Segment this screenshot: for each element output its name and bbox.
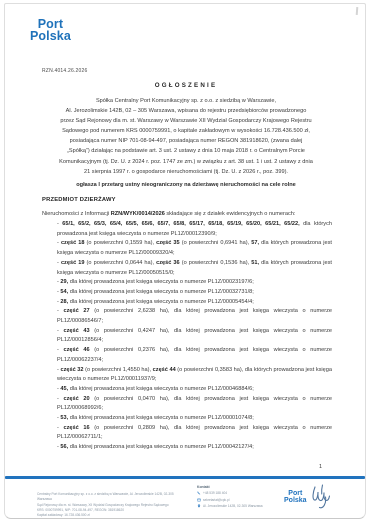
company-info-line: Centralny Port Komunikacyjny sp. z o.o. … [37, 492, 187, 503]
list-intro-suffix: składające się z działek ewidencyjnych o… [165, 211, 296, 217]
parcel-item: - 45, dla której prowadzona jest księga … [57, 385, 332, 395]
scan-artifact [356, 7, 359, 15]
paragraph-line: Sądowego pod numerem KRS 0000759991, o k… [37, 126, 335, 136]
contact-phone-row: +48 539 188 404 [197, 491, 287, 495]
document-page: Port Polska RZN.4014.26.2026 OGŁOSZENIE … [0, 0, 370, 523]
footer-contact: Kontakt +48 539 188 404 sekretariat@cpk.… [197, 485, 287, 508]
paragraph-line: przez Sąd Rejonowy dla m. st. Warszawy w… [37, 116, 335, 126]
paragraph-line: Komunikacyjnym (tj. Dz. U. z 2024 r. poz… [37, 157, 335, 167]
footer-company-info: Centralny Port Komunikacyjny sp. z o.o. … [37, 492, 187, 518]
paragraph-line: Spółka Centralny Port Komunikacyjny sp. … [37, 96, 335, 106]
parcel-item: - 56, dla której prowadzona jest księga … [57, 443, 332, 453]
footer-divider [5, 476, 365, 479]
paragraph-line: Al. Jerozolimskie 142B, 02 – 305 Warszaw… [37, 106, 335, 116]
parcel-item: - część 32 (o powierzchni 1,4550 ha), cz… [57, 366, 332, 385]
parcel-item: - część 27 (o powierzchni 2,6238 ha), dl… [57, 307, 332, 326]
contact-address: Al. Jerozolimskie 142B, 02-305 Warszawa [203, 504, 263, 508]
location-pin-icon [197, 504, 201, 508]
contact-email: sekretariat@cpk.pl [203, 498, 229, 502]
parcel-item: - 65/1, 65/2, 65/3, 65/4, 65/5, 65/6, 65… [57, 220, 332, 239]
port-polska-logo: Port Polska [30, 19, 71, 42]
paragraph-line: posiadająca numer NIP 701-08-94-497, pos… [37, 136, 335, 146]
auction-announcement-line: ogłasza I przetarg ustny nieograniczony … [37, 182, 335, 188]
paragraph-line: 21 sierpnia 1997 r. o gospodarce nieruch… [37, 167, 335, 177]
parcel-item: - część 20 (o powierzchni 0,0470 ha), dl… [57, 395, 332, 414]
footer-port-polska-logo: Port Polska [284, 491, 307, 504]
footer-logo-line-2: Polska [284, 498, 307, 505]
contact-email-row: sekretariat@cpk.pl [197, 498, 287, 502]
company-info-line: Kapitał zakładowy: 16.728.436.500 zł [37, 513, 187, 518]
envelope-icon [197, 498, 201, 502]
parcel-item: - 53, dla której prowadzona jest księga … [57, 414, 332, 424]
parcel-list-intro: Nieruchomości z Informacji RZN/WYK/0014/… [42, 211, 334, 217]
list-intro-ref: RZN/WYK/0014/2026 [111, 211, 165, 217]
parcel-item: - 29, dla której prowadzona jest księga … [57, 278, 332, 288]
parcel-item: - 28, dla której prowadzona jest księga … [57, 298, 332, 308]
handwritten-signature [308, 483, 338, 515]
paragraph-line: „Spółką”) działając na podstawie art. 3 … [37, 146, 335, 156]
parcel-item: - część 18 (o powierzchni 0,1559 ha), cz… [57, 239, 332, 258]
parcel-item: - część 46 (o powierzchni 0,2376 ha), dl… [57, 346, 332, 365]
contact-address-row: Al. Jerozolimskie 142B, 02-305 Warszawa [197, 504, 287, 508]
phone-icon [197, 491, 201, 495]
page-number: 1 [319, 464, 322, 470]
parcel-list: - 65/1, 65/2, 65/3, 65/4, 65/5, 65/6, 65… [57, 220, 332, 453]
document-title: OGŁOSZENIE [38, 82, 334, 89]
intro-paragraph: Spółka Centralny Port Komunikacyjny sp. … [37, 96, 335, 177]
parcel-item: - część 43 (o powierzchni 0,4247 ha), dl… [57, 327, 332, 346]
list-intro-prefix: Nieruchomości z Informacji [42, 211, 111, 217]
parcel-item: - 54, dla której prowadzona jest księga … [57, 288, 332, 298]
contact-phone: +48 539 188 404 [203, 491, 227, 495]
parcel-item: - część 16 (o powierzchni 0,2809 ha), dl… [57, 424, 332, 443]
reference-number: RZN.4014.26.2026 [42, 68, 87, 74]
parcel-item: - część 19 (o powierzchni 0,0644 ha), cz… [57, 259, 332, 278]
logo-line-2: Polska [30, 31, 71, 43]
contact-heading: Kontakt [197, 485, 287, 489]
section-heading: PRZEDMIOT DZIERŻAWY [42, 197, 116, 203]
